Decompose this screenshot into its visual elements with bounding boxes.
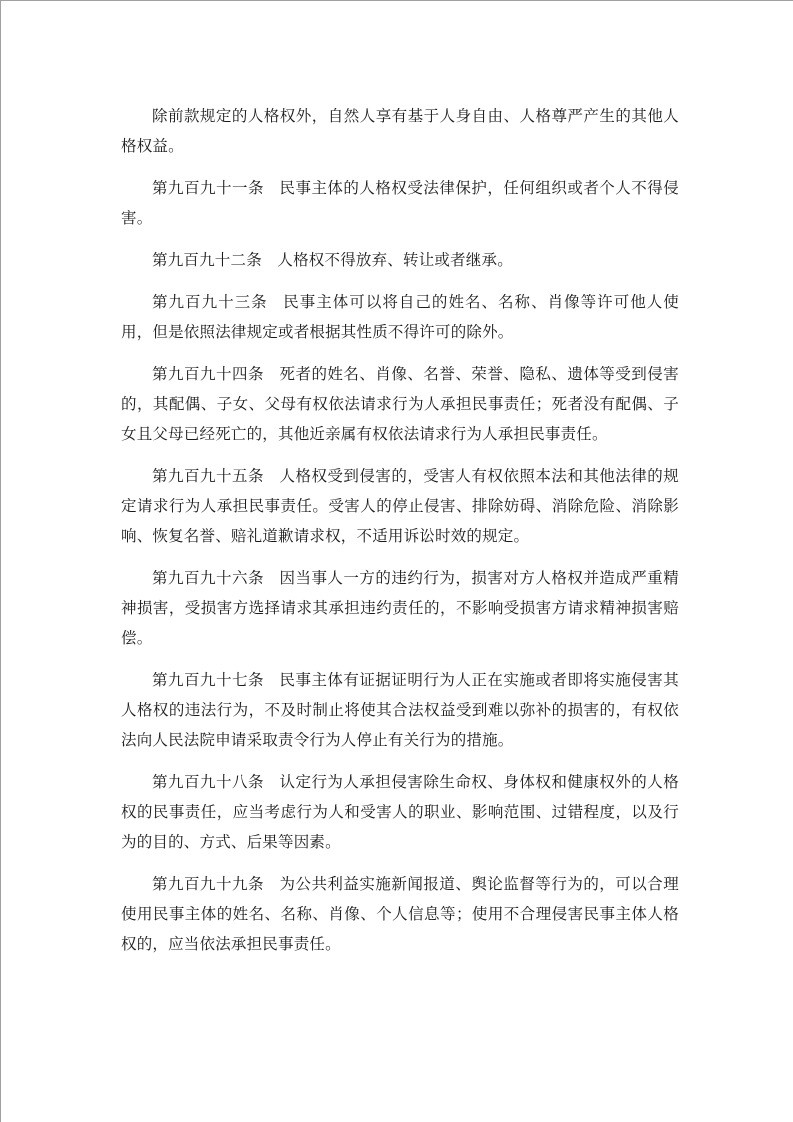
article-number: 第九百九十八条: [152, 773, 264, 791]
article-991: 第九百九十一条民事主体的人格权受法律保护，任何组织或者个人不得侵害。: [121, 173, 679, 233]
article-number: 第九百九十五条: [152, 467, 264, 485]
article-994: 第九百九十四条死者的姓名、肖像、名誉、荣誉、隐私、遗体等受到侵害的，其配偶、子女…: [121, 359, 679, 449]
article-995: 第九百九十五条人格权受到侵害的，受害人有权依照本法和其他法律的规定请求行为人承担…: [121, 461, 679, 551]
article-number: 第九百九十九条: [152, 875, 264, 893]
article-number: 第九百九十六条: [152, 569, 264, 587]
article-996: 第九百九十六条因当事人一方的违约行为，损害对方人格权并造成严重精神损害，受损害方…: [121, 563, 679, 653]
article-number: 第九百九十三条: [152, 293, 268, 311]
article-number: 第九百九十一条: [152, 179, 264, 197]
article-992: 第九百九十二条人格权不得放弃、转让或者继承。: [121, 245, 679, 275]
article-text: 人格权不得放弃、转让或者继承。: [277, 251, 513, 269]
article-number: 第九百九十四条: [152, 365, 264, 383]
article-993: 第九百九十三条民事主体可以将自己的姓名、名称、肖像等许可他人使用，但是依照法律规…: [121, 287, 679, 347]
paragraph-text: 除前款规定的人格权外，自然人享有基于人身自由、人格尊严产生的其他人格权益。: [121, 107, 679, 155]
document-page: 除前款规定的人格权外，自然人享有基于人身自由、人格尊严产生的其他人格权益。 第九…: [0, 0, 793, 1122]
article-number: 第九百九十七条: [152, 671, 264, 689]
article-999: 第九百九十九条为公共利益实施新闻报道、舆论监督等行为的，可以合理使用民事主体的姓…: [121, 869, 679, 959]
article-number: 第九百九十二条: [152, 251, 262, 269]
article-998: 第九百九十八条认定行为人承担侵害除生命权、身体权和健康权外的人格权的民事责任，应…: [121, 767, 679, 857]
document-body: 除前款规定的人格权外，自然人享有基于人身自由、人格尊严产生的其他人格权益。 第九…: [121, 101, 679, 971]
article-997: 第九百九十七条民事主体有证据证明行为人正在实施或者即将实施侵害其人格权的违法行为…: [121, 665, 679, 755]
paragraph-intro: 除前款规定的人格权外，自然人享有基于人身自由、人格尊严产生的其他人格权益。: [121, 101, 679, 161]
